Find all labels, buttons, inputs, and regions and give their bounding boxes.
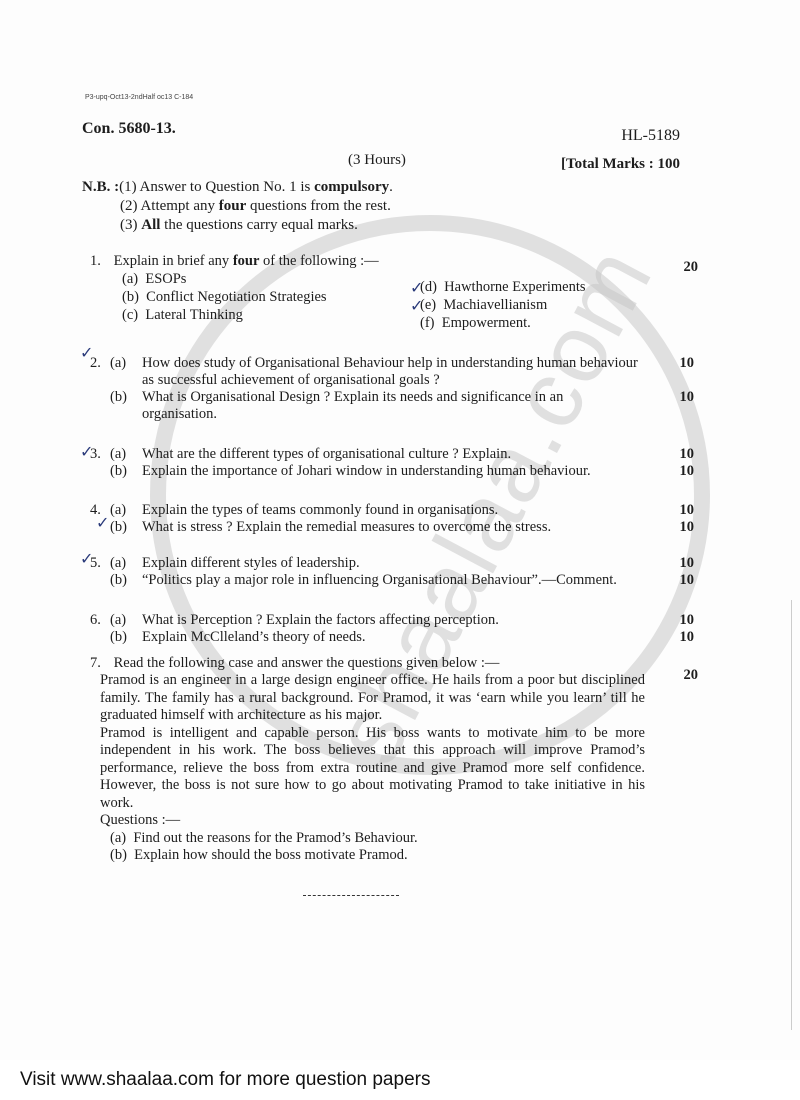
option-label: (f) bbox=[420, 315, 435, 331]
marks: 20 bbox=[684, 259, 699, 276]
instruction-num: (1) bbox=[119, 179, 137, 195]
option-text: ESOPs bbox=[145, 271, 186, 287]
question-line: 4.(a)Explain the types of teams commonly… bbox=[90, 502, 690, 519]
end-divider bbox=[303, 895, 399, 896]
case-paragraph-1: Pramod is an engineer in a large design … bbox=[100, 672, 645, 725]
question-line: 4.(b)What is stress ? Explain the remedi… bbox=[90, 519, 690, 536]
question-text: Read the following case and answer the q… bbox=[114, 655, 500, 671]
part-label: (a) bbox=[110, 446, 142, 463]
instruction-text: questions from the rest. bbox=[246, 198, 391, 214]
option-text: Hawthorne Experiments bbox=[444, 279, 585, 295]
question-line: 5.(a)Explain different styles of leaders… bbox=[90, 555, 690, 572]
case-study: Pramod is an engineer in a large design … bbox=[100, 672, 645, 865]
duration: (3 Hours) bbox=[348, 152, 406, 169]
question-2: 2.(a)How does study of Organisational Be… bbox=[90, 355, 690, 423]
part-label: (a) bbox=[110, 555, 142, 572]
part-text: What is Perception ? Explain the factors… bbox=[142, 612, 499, 629]
handwritten-tick-icon: ✓ bbox=[80, 343, 93, 362]
option-label: (b) bbox=[122, 289, 139, 305]
part-text: Explain the importance of Johari window … bbox=[142, 463, 591, 480]
part-text: Explain different styles of leadership. bbox=[142, 555, 360, 572]
case-question-b: (b) Explain how should the boss motivate… bbox=[100, 847, 645, 865]
marks: 10 bbox=[680, 446, 695, 463]
option-f: (f) Empowerment. bbox=[420, 314, 586, 332]
exam-paper-page: shaalaa.com P3-upq-Oct13-2ndHalf oc13 C-… bbox=[0, 0, 800, 1060]
question-4: 4.(a)Explain the types of teams commonly… bbox=[90, 502, 690, 536]
marks: 10 bbox=[680, 355, 695, 372]
option-d: (d) Hawthorne Experiments bbox=[420, 278, 586, 296]
part-label: (b) bbox=[110, 463, 142, 480]
instruction-num: (2) bbox=[120, 198, 138, 214]
part-label: (a) bbox=[110, 612, 142, 629]
question-line: 6.(b)Explain McClleland’s theory of need… bbox=[90, 629, 690, 646]
question-line: 3.(b)Explain the importance of Johari wi… bbox=[90, 463, 690, 480]
sub-label: (a) bbox=[110, 830, 126, 846]
part-text: as successful achievement of organisatio… bbox=[142, 372, 440, 389]
handwritten-tick-icon: ✓ bbox=[96, 513, 109, 532]
handwritten-tick-icon: ✓ bbox=[410, 278, 423, 297]
marks: 10 bbox=[680, 389, 695, 406]
instruction-text: . bbox=[389, 179, 393, 195]
part-label: (b) bbox=[110, 519, 142, 536]
option-text: Lateral Thinking bbox=[145, 307, 243, 323]
option-label: (a) bbox=[122, 271, 138, 287]
question-text: of the following :— bbox=[259, 253, 378, 269]
part-text: organisation. bbox=[142, 406, 217, 423]
total-marks: [Total Marks : 100 bbox=[561, 156, 680, 173]
question-line: 2.(b)What is Organisational Design ? Exp… bbox=[90, 389, 690, 406]
part-text: What is stress ? Explain the remedial me… bbox=[142, 519, 551, 536]
part-label: (b) bbox=[110, 629, 142, 646]
part-label: (b) bbox=[110, 572, 142, 589]
instruction-2: (2) Attempt any four questions from the … bbox=[82, 197, 393, 216]
footer-banner: Visit www.shaalaa.com for more question … bbox=[0, 1060, 800, 1100]
scan-edge-line bbox=[791, 600, 792, 1030]
marks: 10 bbox=[680, 572, 695, 589]
handwritten-tick-icon: ✓ bbox=[80, 442, 93, 461]
option-text: Machiavellianism bbox=[443, 297, 547, 313]
con-number: Con. 5680-13. bbox=[82, 120, 176, 138]
question-number: 7. bbox=[90, 655, 110, 672]
option-text: Conflict Negotiation Strategies bbox=[146, 289, 326, 305]
question-6: 6.(a)What is Perception ? Explain the fa… bbox=[90, 612, 690, 646]
question-line: 3.(a)What are the different types of org… bbox=[90, 446, 690, 463]
part-text: Explain the types of teams commonly foun… bbox=[142, 502, 498, 519]
sub-label: (b) bbox=[110, 847, 127, 863]
option-c: (c) Lateral Thinking bbox=[122, 306, 327, 324]
marks: 10 bbox=[680, 629, 695, 646]
instruction-num: (3) bbox=[120, 217, 138, 233]
question-line: 6.(a)What is Perception ? Explain the fa… bbox=[90, 612, 690, 629]
instruction-bold: four bbox=[219, 198, 247, 214]
option-b: (b) Conflict Negotiation Strategies bbox=[122, 288, 327, 306]
sub-text: Explain how should the boss motivate Pra… bbox=[134, 847, 407, 863]
handwritten-tick-icon: ✓ bbox=[410, 296, 423, 315]
handwritten-tick-icon: ✓ bbox=[80, 549, 93, 568]
question-bold: four bbox=[233, 253, 260, 269]
nb-label: N.B. : bbox=[82, 179, 119, 195]
case-question-a: (a) Find out the reasons for the Pramod’… bbox=[100, 830, 645, 848]
part-label: (a) bbox=[110, 502, 142, 519]
option-e: (e) Machiavellianism bbox=[420, 296, 586, 314]
sub-text: Find out the reasons for the Pramod’s Be… bbox=[133, 830, 417, 846]
marks: 10 bbox=[680, 519, 695, 536]
question-line: 2.(a)How does study of Organisational Be… bbox=[90, 355, 690, 372]
questions-label: Questions :— bbox=[100, 812, 645, 830]
instruction-text: the questions carry equal marks. bbox=[160, 217, 357, 233]
option-a: (a) ESOPs bbox=[122, 270, 327, 288]
question-number: 6. bbox=[90, 612, 110, 629]
case-paragraph-2: Pramod is intelligent and capable person… bbox=[100, 725, 645, 813]
option-text: Empowerment. bbox=[442, 315, 531, 331]
part-label: (a) bbox=[110, 355, 142, 372]
part-text: What is Organisational Design ? Explain … bbox=[142, 389, 563, 406]
marks: 20 bbox=[684, 667, 699, 684]
question-7: 7. Read the following case and answer th… bbox=[90, 655, 690, 672]
question-1: 1. Explain in brief any four of the foll… bbox=[90, 253, 690, 270]
question-number: 1. bbox=[90, 253, 110, 270]
instruction-1: N.B. :(1) Answer to Question No. 1 is co… bbox=[82, 178, 393, 197]
question-line: as successful achievement of organisatio… bbox=[90, 372, 690, 389]
marks: 10 bbox=[680, 502, 695, 519]
question-line: 5.(b)“Politics play a major role in infl… bbox=[90, 572, 690, 589]
instruction-text: Attempt any bbox=[140, 198, 218, 214]
paper-code-line: P3-upq-Oct13-2ndHalf oc13 C-184 bbox=[85, 94, 193, 101]
part-label: (b) bbox=[110, 389, 142, 406]
instruction-text: Answer to Question No. 1 is bbox=[140, 179, 315, 195]
q1-options-right: (d) Hawthorne Experiments (e) Machiavell… bbox=[420, 278, 586, 332]
question-5: 5.(a)Explain different styles of leaders… bbox=[90, 555, 690, 589]
option-label: (c) bbox=[122, 307, 138, 323]
instructions: N.B. :(1) Answer to Question No. 1 is co… bbox=[82, 178, 393, 235]
question-line: organisation. bbox=[90, 406, 690, 423]
instruction-bold: All bbox=[141, 217, 160, 233]
marks: 10 bbox=[680, 463, 695, 480]
part-text: What are the different types of organisa… bbox=[142, 446, 511, 463]
part-text: How does study of Organisational Behavio… bbox=[142, 355, 638, 372]
q1-options-left: (a) ESOPs (b) Conflict Negotiation Strat… bbox=[122, 270, 327, 324]
question-text: Explain in brief any bbox=[114, 253, 233, 269]
footer-link[interactable]: Visit www.shaalaa.com for more question … bbox=[20, 1069, 430, 1091]
part-text: Explain McClleland’s theory of needs. bbox=[142, 629, 366, 646]
marks: 10 bbox=[680, 555, 695, 572]
instruction-bold: compulsory bbox=[314, 179, 389, 195]
part-text: “Politics play a major role in influenci… bbox=[142, 572, 617, 589]
paper-code: HL-5189 bbox=[621, 127, 680, 145]
marks: 10 bbox=[680, 612, 695, 629]
instruction-3: (3) All the questions carry equal marks. bbox=[82, 216, 393, 235]
question-3: 3.(a)What are the different types of org… bbox=[90, 446, 690, 480]
